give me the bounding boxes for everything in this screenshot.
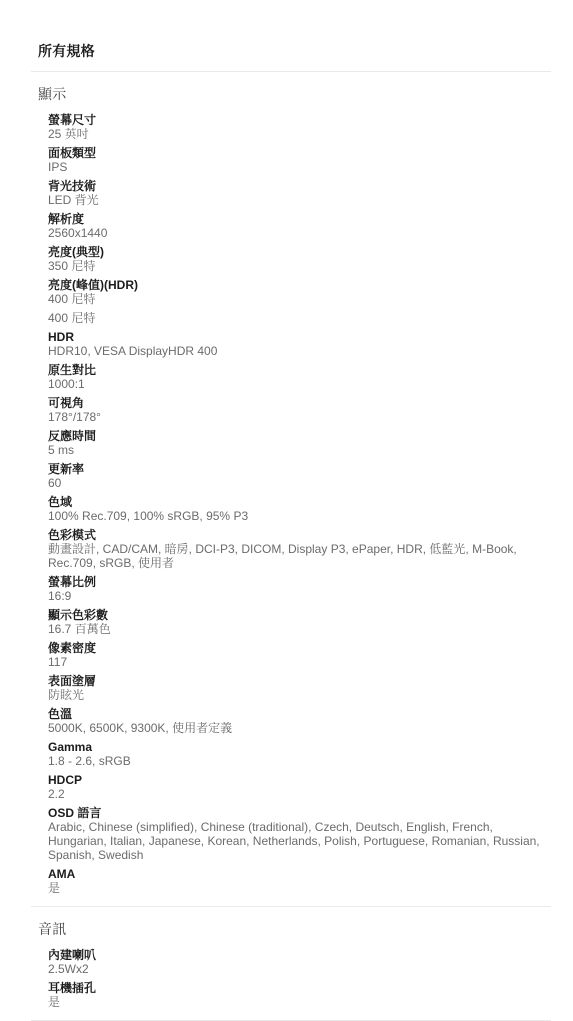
- spec-item-ama: AMA 是: [48, 867, 549, 895]
- spec-label: AMA: [48, 867, 549, 881]
- spec-label: 原生對比: [48, 363, 549, 377]
- spec-label: 表面塗層: [48, 674, 549, 688]
- spec-value: 2560x1440: [48, 226, 549, 240]
- spec-label: HDR: [48, 330, 549, 344]
- spec-item-brightness-peak-hdr: 亮度(峰值)(HDR) 400 尼特: [48, 278, 549, 306]
- spec-label: 反應時間: [48, 429, 549, 443]
- spec-value: 350 尼特: [48, 259, 549, 273]
- spec-label: 更新率: [48, 462, 549, 476]
- spec-value: 1.8 - 2.6, sRGB: [48, 754, 549, 768]
- section-display-items: 螢幕尺寸 25 英吋 面板類型 IPS 背光技術 LED 背光 解析度 2560…: [0, 113, 573, 906]
- spec-item-native-contrast: 原生對比 1000:1: [48, 363, 549, 391]
- spec-value: HDR10, VESA DisplayHDR 400: [48, 344, 549, 358]
- spec-label: 亮度(峰值)(HDR): [48, 278, 549, 292]
- spec-label: 亮度(典型): [48, 245, 549, 259]
- spec-value: 動畫設計, CAD/CAM, 暗房, DCI-P3, DICOM, Displa…: [48, 542, 549, 570]
- spec-value: 60: [48, 476, 549, 490]
- spec-item-screen-size: 螢幕尺寸 25 英吋: [48, 113, 549, 141]
- spec-item-osd-language: OSD 語言 Arabic, Chinese (simplified), Chi…: [48, 806, 549, 862]
- spec-value: 1000:1: [48, 377, 549, 391]
- spec-item-hdr: HDR HDR10, VESA DisplayHDR 400: [48, 330, 549, 358]
- spec-label: 背光技術: [48, 179, 549, 193]
- spec-value: 178°/178°: [48, 410, 549, 424]
- spec-item-refresh-rate: 更新率 60: [48, 462, 549, 490]
- spec-item-built-in-speaker: 內建喇叭 2.5Wx2: [48, 948, 549, 976]
- page-title: 所有規格: [38, 43, 551, 59]
- spec-label: 螢幕尺寸: [48, 113, 549, 127]
- spec-value: 是: [48, 995, 549, 1009]
- spec-value: 2.2: [48, 787, 549, 801]
- spec-value: 25 英吋: [48, 127, 549, 141]
- spec-page: 所有規格 顯示 螢幕尺寸 25 英吋 面板類型 IPS 背光技術 LED 背光 …: [0, 0, 573, 1021]
- spec-label: 面板類型: [48, 146, 549, 160]
- spec-value: 是: [48, 881, 549, 895]
- spec-value: 2.5Wx2: [48, 962, 549, 976]
- spec-item-color-mode: 色彩模式 動畫設計, CAD/CAM, 暗房, DCI-P3, DICOM, D…: [48, 528, 549, 570]
- spec-item-panel-type: 面板類型 IPS: [48, 146, 549, 174]
- spec-label: 螢幕比例: [48, 575, 549, 589]
- divider-top: [31, 71, 551, 72]
- spec-item-surface-coating: 表面塗層 防眩光: [48, 674, 549, 702]
- section-audio: 音訊 內建喇叭 2.5Wx2 耳機插孔 是: [0, 921, 573, 1020]
- spec-label: 耳機插孔: [48, 981, 549, 995]
- spec-item-brightness-typical: 亮度(典型) 350 尼特: [48, 245, 549, 273]
- spec-label: 可視角: [48, 396, 549, 410]
- spec-item-color-temperature: 色溫 5000K, 6500K, 9300K, 使用者定義: [48, 707, 549, 735]
- spec-item-pixel-density: 像素密度 117: [48, 641, 549, 669]
- spec-value: IPS: [48, 160, 549, 174]
- spec-label: 內建喇叭: [48, 948, 549, 962]
- section-header-display: 顯示: [38, 86, 551, 102]
- spec-item-gamma: Gamma 1.8 - 2.6, sRGB: [48, 740, 549, 768]
- spec-item-hdcp: HDCP 2.2: [48, 773, 549, 801]
- spec-item-viewing-angle: 可視角 178°/178°: [48, 396, 549, 424]
- spec-value: LED 背光: [48, 193, 549, 207]
- spec-item-aspect-ratio: 螢幕比例 16:9: [48, 575, 549, 603]
- spec-item-color-gamut: 色域 100% Rec.709, 100% sRGB, 95% P3: [48, 495, 549, 523]
- spec-value: 16.7 百萬色: [48, 622, 549, 636]
- spec-item-brightness-peak-extra: 400 尼特: [48, 311, 549, 325]
- section-display: 顯示 螢幕尺寸 25 英吋 面板類型 IPS 背光技術 LED 背光 解析度 2…: [0, 86, 573, 906]
- spec-value: 防眩光: [48, 688, 549, 702]
- spec-value: 5000K, 6500K, 9300K, 使用者定義: [48, 721, 549, 735]
- spec-value: 117: [48, 655, 549, 669]
- spec-value: 400 尼特: [48, 311, 549, 325]
- spec-item-headphone-jack: 耳機插孔 是: [48, 981, 549, 1009]
- spec-item-display-colors: 顯示色彩數 16.7 百萬色: [48, 608, 549, 636]
- spec-label: 色溫: [48, 707, 549, 721]
- spec-item-resolution: 解析度 2560x1440: [48, 212, 549, 240]
- spec-value: 16:9: [48, 589, 549, 603]
- spec-label: 顯示色彩數: [48, 608, 549, 622]
- spec-label: Gamma: [48, 740, 549, 754]
- section-header-audio: 音訊: [38, 921, 551, 937]
- spec-label: 色域: [48, 495, 549, 509]
- spec-label: 色彩模式: [48, 528, 549, 542]
- spec-label: HDCP: [48, 773, 549, 787]
- spec-value: 5 ms: [48, 443, 549, 457]
- spec-label: 解析度: [48, 212, 549, 226]
- spec-value: 400 尼特: [48, 292, 549, 306]
- spec-item-response-time: 反應時間 5 ms: [48, 429, 549, 457]
- spec-value: Arabic, Chinese (simplified), Chinese (t…: [48, 820, 549, 862]
- section-audio-items: 內建喇叭 2.5Wx2 耳機插孔 是: [0, 948, 573, 1020]
- spec-label: OSD 語言: [48, 806, 549, 820]
- divider-audio: [31, 906, 551, 907]
- spec-item-backlight: 背光技術 LED 背光: [48, 179, 549, 207]
- spec-label: 像素密度: [48, 641, 549, 655]
- spec-value: 100% Rec.709, 100% sRGB, 95% P3: [48, 509, 549, 523]
